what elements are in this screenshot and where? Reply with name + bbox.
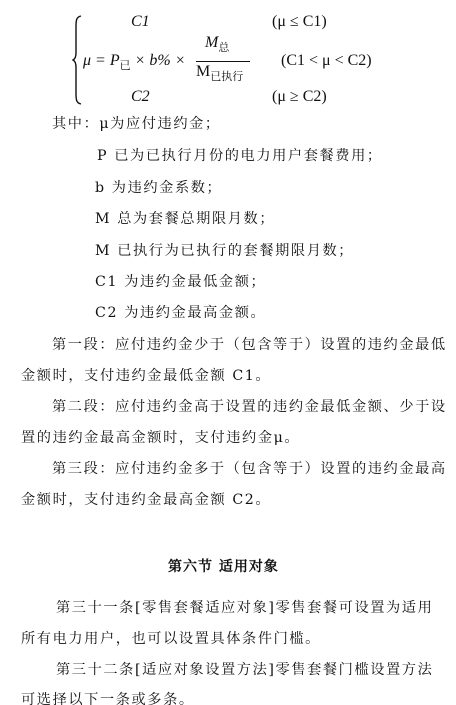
definitions-intro: 其中：μ为应付违约金； (52, 113, 221, 133)
case1-value: C1 (131, 13, 150, 31)
p-subscript: 已 (120, 59, 131, 72)
segment3-line1: 第三段：应付违约金多于（包含等于）设置的违约金最高 (52, 458, 447, 478)
article31-line1: 第三十一条[零售套餐适应对象]零售套餐可设置为适用 (56, 597, 433, 617)
definition-item: P 已为已执行月份的电力用户套餐费用； (97, 145, 383, 165)
article32-line2: 可选择以下一条或多条。 (21, 689, 195, 705)
definition-item: C1 为违约金最低金额； (95, 271, 266, 291)
case2-lhs: μ = P已 × b% × (83, 52, 186, 70)
case1-condition: (μ ≤ C1) (272, 13, 327, 31)
segment1-line1: 第一段：应付违约金少于（包含等于）设置的违约金最低 (52, 334, 447, 354)
left-brace-icon (72, 15, 82, 105)
article31-line2: 所有电力用户，也可以设置具体条件门槛。 (21, 628, 321, 648)
definition-item: b 为违约金系数； (95, 177, 222, 197)
segment2-line1: 第二段：应付违约金高于设置的违约金最低金额、少于设 (52, 396, 447, 416)
den-main: M (196, 63, 210, 80)
section-heading: 第六节 适用对象 (168, 556, 279, 576)
den-subscript: 已执行 (210, 70, 243, 83)
definition-item: M 总为套餐总期限月数； (95, 208, 275, 228)
segment1-line2: 金额时，支付违约金最低金额 C1。 (21, 365, 271, 385)
segment3-line2: 金额时，支付违约金最高金额 C2。 (21, 489, 271, 509)
article32-line1: 第三十二条[适应对象设置方法]零售套餐门槛设置方法 (56, 659, 433, 679)
case3-value: C2 (131, 88, 150, 106)
num-main: M (205, 34, 218, 51)
fraction-numerator: M总 (205, 34, 229, 52)
segment2-line2: 置的违约金最高金额时，支付违约金μ。 (21, 427, 300, 447)
fraction-denominator: M已执行 (196, 63, 243, 81)
definition-item: C2 为违约金最高金额。 (95, 302, 266, 322)
case3-condition: (μ ≥ C2) (272, 88, 327, 106)
num-subscript: 总 (218, 41, 229, 54)
definition-item: M 已执行为已执行的套餐期限月数； (95, 240, 354, 260)
formula-lhs: μ = P (83, 52, 120, 69)
fraction-bar (196, 61, 250, 62)
formula-mid: × b% × (131, 52, 186, 69)
case2-condition: (C1 < μ < C2) (281, 52, 372, 70)
